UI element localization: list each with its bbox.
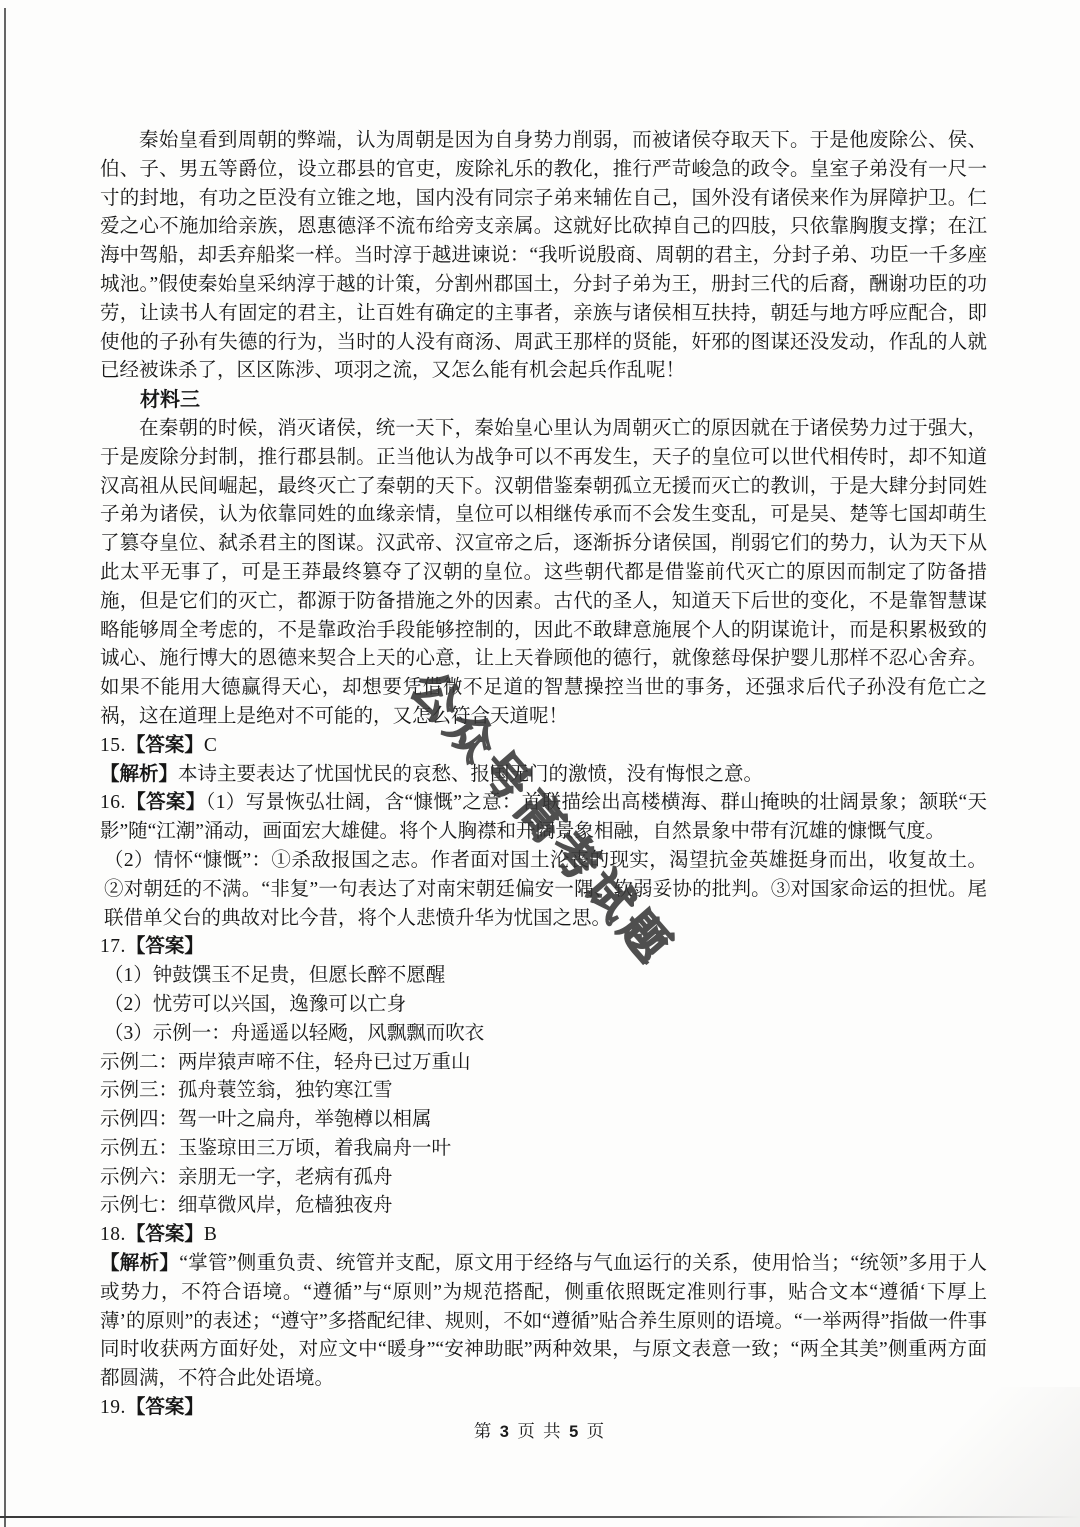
page-footer: 第 3 页 共 5 页 <box>0 1418 1080 1443</box>
document-body: 秦始皇看到周朝的弊端，认为周朝是因为自身势力削弱，而被诸侯夺取天下。于是他废除公… <box>100 127 987 1423</box>
analysis-text-15: 本诗主要表达了忧国忧民的哀愁、报国无门的激愤，没有悔恨之意。 <box>178 764 763 785</box>
analysis-18-line: 【解析】“掌管”侧重负责、统管并支配，原文用于经络与气血运行的关系，使用恰当；“… <box>100 1250 987 1394</box>
analysis-text-18: “掌管”侧重负责、统管并支配，原文用于经络与气血运行的关系，使用恰当；“统领”多… <box>100 1253 987 1389</box>
answer-16-part2: （2）情怀“慷慨”：①杀敌报国之志。作者面对国土沦丧的现实，渴望抗金英雄挺身而出… <box>100 847 987 933</box>
answer-value-18: B <box>204 1224 217 1245</box>
answer-17-item: 示例四：驾一叶之扁舟，举匏樽以相属 <box>100 1106 987 1135</box>
question-number-15: 15. <box>100 735 126 756</box>
answer-17-item: 示例三：孤舟蓑笠翁，独钓寒江雪 <box>100 1077 987 1106</box>
answer-15-line: 15.【答案】C <box>100 732 987 761</box>
footer-mid: 页 共 <box>517 1421 562 1441</box>
footer-total-pages: 5 <box>569 1423 580 1441</box>
answer-17-item: 示例七：细草微风岸，危樯独夜舟 <box>100 1192 987 1221</box>
answer-label-15: 【答案】 <box>126 735 204 756</box>
footer-suffix: 页 <box>587 1421 607 1441</box>
answer-17-item: （3）示例一：舟遥遥以轻飏，风飘飘而吹衣 <box>100 1020 987 1049</box>
scan-edge-left <box>4 8 6 1527</box>
answer-16: 16.【答案】（1）写景恢弘壮阔，含“慷慨”之意：首联描绘出高楼横海、群山掩映的… <box>100 789 987 933</box>
footer-prefix: 第 <box>474 1421 494 1441</box>
analysis-15-line: 【解析】本诗主要表达了忧国忧民的哀愁、报国无门的激愤，没有悔恨之意。 <box>100 761 987 790</box>
scan-edge-bottom <box>0 1516 1080 1518</box>
answer-label-16: 【答案】 <box>126 792 206 813</box>
answer-18-line: 18.【答案】B <box>100 1221 987 1250</box>
answer-17-item: （2）忧劳可以兴国，逸豫可以亡身 <box>100 991 987 1020</box>
answer-17-item: 示例六：亲朋无一字，老病有孤舟 <box>100 1164 987 1193</box>
material-3-heading: 材料三 <box>100 386 987 415</box>
analysis-label-18: 【解析】 <box>100 1253 179 1274</box>
answer-value-15: C <box>204 735 217 756</box>
answer-17-item: （1）钟鼓馔玉不足贵，但愿长醉不愿醒 <box>100 962 987 991</box>
answer-label-17: 【答案】 <box>126 936 204 957</box>
answer-label-18: 【答案】 <box>126 1224 204 1245</box>
answer-17: 17.【答案】 （1）钟鼓馔玉不足贵，但愿长醉不愿醒 （2）忧劳可以兴国，逸豫可… <box>100 933 987 1221</box>
question-number-16: 16. <box>100 792 126 813</box>
question-number-19: 19. <box>100 1397 126 1418</box>
answer-15: 15.【答案】C 【解析】本诗主要表达了忧国忧民的哀愁、报国无门的激愤，没有悔恨… <box>100 732 987 790</box>
answer-17-header: 17.【答案】 <box>100 933 987 962</box>
answer-17-item: 示例二：两岸猿声啼不住，轻舟已过万重山 <box>100 1049 987 1078</box>
analysis-label-15: 【解析】 <box>100 764 178 785</box>
footer-page-number: 3 <box>500 1423 511 1441</box>
question-number-18: 18. <box>100 1224 126 1245</box>
answer-17-item: 示例五：玉鉴琼田三万顷，着我扁舟一叶 <box>100 1135 987 1164</box>
question-number-17: 17. <box>100 936 126 957</box>
answer-16-part1: 16.【答案】（1）写景恢弘壮阔，含“慷慨”之意：首联描绘出高楼横海、群山掩映的… <box>100 789 987 847</box>
answer-18: 18.【答案】B 【解析】“掌管”侧重负责、统管并支配，原文用于经络与气血运行的… <box>100 1221 987 1394</box>
answer-16-part1-text: （1）写景恢弘壮阔，含“慷慨”之意：首联描绘出高楼横海、群山掩映的壮阔景象；颔联… <box>100 792 987 842</box>
answer-label-19: 【答案】 <box>126 1397 204 1418</box>
scanned-answer-page: 公众号高考试题 秦始皇看到周朝的弊端，认为周朝是因为自身势力削弱，而被诸侯夺取天… <box>0 0 1080 1527</box>
passage-paragraph-2: 在秦朝的时候，消灭诸侯，统一天下，秦始皇心里认为周朝灭亡的原因就在于诸侯势力过于… <box>100 415 987 732</box>
passage-paragraph-1: 秦始皇看到周朝的弊端，认为周朝是因为自身势力削弱，而被诸侯夺取天下。于是他废除公… <box>100 127 987 386</box>
